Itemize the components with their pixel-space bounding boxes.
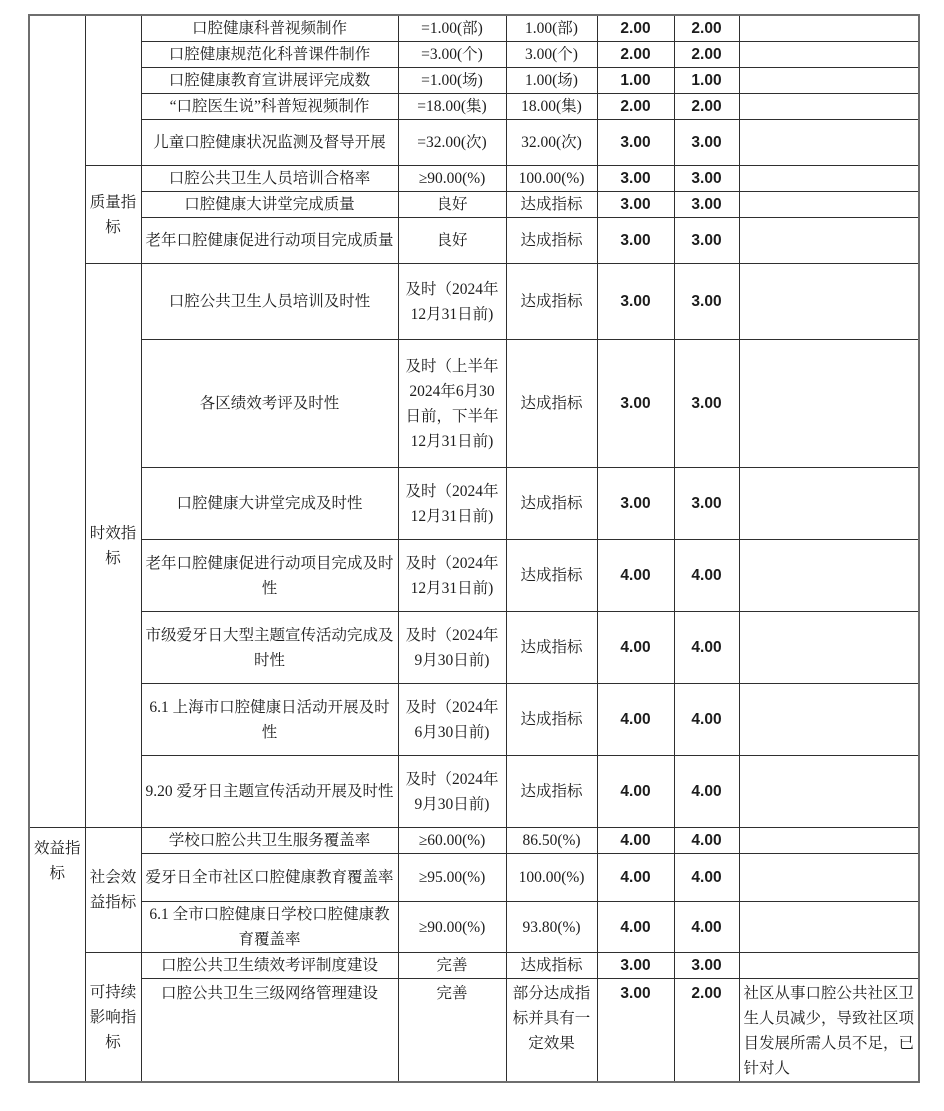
note-cell [739,218,919,264]
target-value: 及时（2024年12月31日前) [398,264,506,340]
note-cell: 社区从事口腔公共社区卫生人员减少，导致社区项目发展所需人员不足，已针对人 [739,979,919,1083]
score-value: 3.00 [597,953,674,979]
actual-score-value: 4.00 [674,684,739,756]
actual-score-value: 3.00 [674,218,739,264]
score-value: 2.00 [597,94,674,120]
indicator-name: 口腔公共卫生人员培训及时性 [141,264,398,340]
actual-value: 达成指标 [506,612,597,684]
table-row: 老年口腔健康促进行动项目完成及时性 及时（2024年12月31日前) 达成指标 … [29,540,919,612]
table-row: 时效指标 口腔公共卫生人员培训及时性 及时（2024年12月31日前) 达成指标… [29,264,919,340]
actual-score-value: 4.00 [674,756,739,828]
subcategory-cell: 社会效益指标 [85,828,141,953]
actual-score-value: 4.00 [674,612,739,684]
indicator-name: 口腔健康科普视频制作 [141,15,398,42]
actual-value: 100.00(%) [506,854,597,902]
score-value: 2.00 [597,15,674,42]
target-value: 及时（上半年2024年6月30日前，下半年12月31日前) [398,340,506,468]
note-cell [739,264,919,340]
subcategory-cell: 质量指标 [85,166,141,264]
note-cell [739,902,919,953]
score-value: 3.00 [597,166,674,192]
actual-value: 达成指标 [506,218,597,264]
target-value: 及时（2024年6月30日前) [398,684,506,756]
target-value: =1.00(场) [398,68,506,94]
score-value: 4.00 [597,612,674,684]
actual-score-value: 3.00 [674,120,739,166]
actual-value: 3.00(个) [506,42,597,68]
score-value: 4.00 [597,854,674,902]
target-value: =32.00(次) [398,120,506,166]
actual-score-value: 2.00 [674,42,739,68]
actual-score-value: 3.00 [674,340,739,468]
table-row: “口腔医生说”科普短视频制作 =18.00(集) 18.00(集) 2.00 2… [29,94,919,120]
score-value: 3.00 [597,264,674,340]
table-row: 口腔公共卫生三级网络管理建设 完善 部分达成指标并具有一定效果 3.00 2.0… [29,979,919,1083]
note-cell [739,166,919,192]
score-value: 3.00 [597,468,674,540]
indicator-name: 各区绩效考评及时性 [141,340,398,468]
table-row: 各区绩效考评及时性 及时（上半年2024年6月30日前，下半年12月31日前) … [29,340,919,468]
indicator-name: 口腔健康教育宣讲展评完成数 [141,68,398,94]
actual-score-value: 2.00 [674,15,739,42]
note-cell [739,468,919,540]
actual-value: 达成指标 [506,468,597,540]
note-cell [739,612,919,684]
indicator-name: 口腔健康规范化科普课件制作 [141,42,398,68]
actual-value: 1.00(场) [506,68,597,94]
note-cell [739,120,919,166]
target-value: ≥90.00(%) [398,902,506,953]
target-value: 完善 [398,979,506,1083]
indicator-name: 学校口腔公共卫生服务覆盖率 [141,828,398,854]
actual-value: 32.00(次) [506,120,597,166]
table-row: 效益指标 社会效益指标 学校口腔公共卫生服务覆盖率 ≥60.00(%) 86.5… [29,828,919,854]
note-cell [739,68,919,94]
indicator-name: 口腔公共卫生人员培训合格率 [141,166,398,192]
actual-score-value: 2.00 [674,979,739,1083]
score-value: 4.00 [597,684,674,756]
actual-score-value: 4.00 [674,902,739,953]
score-value: 1.00 [597,68,674,94]
actual-value: 达成指标 [506,756,597,828]
document-page: 口腔健康科普视频制作 =1.00(部) 1.00(部) 2.00 2.00 口腔… [0,0,944,1111]
score-value: 4.00 [597,828,674,854]
table-row: 口腔健康教育宣讲展评完成数 =1.00(场) 1.00(场) 1.00 1.00 [29,68,919,94]
score-value: 3.00 [597,192,674,218]
target-value: 及时（2024年12月31日前) [398,468,506,540]
actual-value: 93.80(%) [506,902,597,953]
target-value: 完善 [398,953,506,979]
actual-score-value: 4.00 [674,828,739,854]
table-row: 口腔健康大讲堂完成及时性 及时（2024年12月31日前) 达成指标 3.00 … [29,468,919,540]
note-cell [739,854,919,902]
target-value: 良好 [398,192,506,218]
actual-score-value: 3.00 [674,166,739,192]
table-row: 6.1 上海市口腔健康日活动开展及时性 及时（2024年6月30日前) 达成指标… [29,684,919,756]
table-row: 可持续影响指标 口腔公共卫生绩效考评制度建设 完善 达成指标 3.00 3.00 [29,953,919,979]
note-cell [739,15,919,42]
subcategory-cell: 时效指标 [85,264,141,828]
score-value: 3.00 [597,120,674,166]
table-row: 市级爱牙日大型主题宣传活动完成及时性 及时（2024年9月30日前) 达成指标 … [29,612,919,684]
subcategory-cell [85,15,141,166]
indicator-name: “口腔医生说”科普短视频制作 [141,94,398,120]
score-value: 4.00 [597,540,674,612]
actual-value: 18.00(集) [506,94,597,120]
performance-indicator-table: 口腔健康科普视频制作 =1.00(部) 1.00(部) 2.00 2.00 口腔… [28,14,920,1083]
actual-value: 达成指标 [506,264,597,340]
category-cell [29,15,85,828]
table-row: 口腔健康大讲堂完成质量 良好 达成指标 3.00 3.00 [29,192,919,218]
indicator-name: 老年口腔健康促进行动项目完成质量 [141,218,398,264]
indicator-name: 9.20 爱牙日主题宣传活动开展及时性 [141,756,398,828]
actual-score-value: 3.00 [674,264,739,340]
target-value: 及时（2024年12月31日前) [398,540,506,612]
score-value: 3.00 [597,979,674,1083]
note-cell [739,828,919,854]
table-row: 9.20 爱牙日主题宣传活动开展及时性 及时（2024年9月30日前) 达成指标… [29,756,919,828]
score-value: 3.00 [597,340,674,468]
subcategory-cell: 可持续影响指标 [85,953,141,1083]
indicator-name: 老年口腔健康促进行动项目完成及时性 [141,540,398,612]
note-cell [739,540,919,612]
actual-score-value: 4.00 [674,854,739,902]
actual-score-value: 3.00 [674,468,739,540]
indicator-name: 儿童口腔健康状况监测及督导开展 [141,120,398,166]
category-cell: 效益指标 [29,828,85,1083]
actual-value: 86.50(%) [506,828,597,854]
target-value: ≥60.00(%) [398,828,506,854]
target-value: =3.00(个) [398,42,506,68]
indicator-name: 口腔公共卫生三级网络管理建设 [141,979,398,1083]
actual-value: 达成指标 [506,192,597,218]
table-row: 爱牙日全市社区口腔健康教育覆盖率 ≥95.00(%) 100.00(%) 4.0… [29,854,919,902]
target-value: 良好 [398,218,506,264]
table-row: 6.1 全市口腔健康日学校口腔健康教育覆盖率 ≥90.00(%) 93.80(%… [29,902,919,953]
actual-score-value: 2.00 [674,94,739,120]
table-row: 质量指标 口腔公共卫生人员培训合格率 ≥90.00(%) 100.00(%) 3… [29,166,919,192]
table-row: 老年口腔健康促进行动项目完成质量 良好 达成指标 3.00 3.00 [29,218,919,264]
note-cell [739,42,919,68]
actual-score-value: 3.00 [674,953,739,979]
table-row: 儿童口腔健康状况监测及督导开展 =32.00(次) 32.00(次) 3.00 … [29,120,919,166]
table-row: 口腔健康科普视频制作 =1.00(部) 1.00(部) 2.00 2.00 [29,15,919,42]
indicator-name: 爱牙日全市社区口腔健康教育覆盖率 [141,854,398,902]
indicator-name: 口腔健康大讲堂完成质量 [141,192,398,218]
note-cell [739,684,919,756]
actual-value: 达成指标 [506,540,597,612]
target-value: 及时（2024年9月30日前) [398,756,506,828]
indicator-name: 市级爱牙日大型主题宣传活动完成及时性 [141,612,398,684]
score-value: 4.00 [597,902,674,953]
indicator-name: 6.1 全市口腔健康日学校口腔健康教育覆盖率 [141,902,398,953]
target-value: 及时（2024年9月30日前) [398,612,506,684]
actual-value: 部分达成指标并具有一定效果 [506,979,597,1083]
indicator-name: 6.1 上海市口腔健康日活动开展及时性 [141,684,398,756]
note-cell [739,953,919,979]
actual-score-value: 1.00 [674,68,739,94]
target-value: =1.00(部) [398,15,506,42]
score-value: 2.00 [597,42,674,68]
actual-value: 达成指标 [506,340,597,468]
indicator-name: 口腔健康大讲堂完成及时性 [141,468,398,540]
table-row: 口腔健康规范化科普课件制作 =3.00(个) 3.00(个) 2.00 2.00 [29,42,919,68]
target-value: =18.00(集) [398,94,506,120]
actual-value: 达成指标 [506,953,597,979]
indicator-name: 口腔公共卫生绩效考评制度建设 [141,953,398,979]
actual-value: 达成指标 [506,684,597,756]
actual-score-value: 4.00 [674,540,739,612]
note-cell [739,192,919,218]
note-cell [739,756,919,828]
actual-value: 1.00(部) [506,15,597,42]
note-cell [739,94,919,120]
target-value: ≥90.00(%) [398,166,506,192]
score-value: 3.00 [597,218,674,264]
note-cell [739,340,919,468]
actual-score-value: 3.00 [674,192,739,218]
target-value: ≥95.00(%) [398,854,506,902]
actual-value: 100.00(%) [506,166,597,192]
score-value: 4.00 [597,756,674,828]
